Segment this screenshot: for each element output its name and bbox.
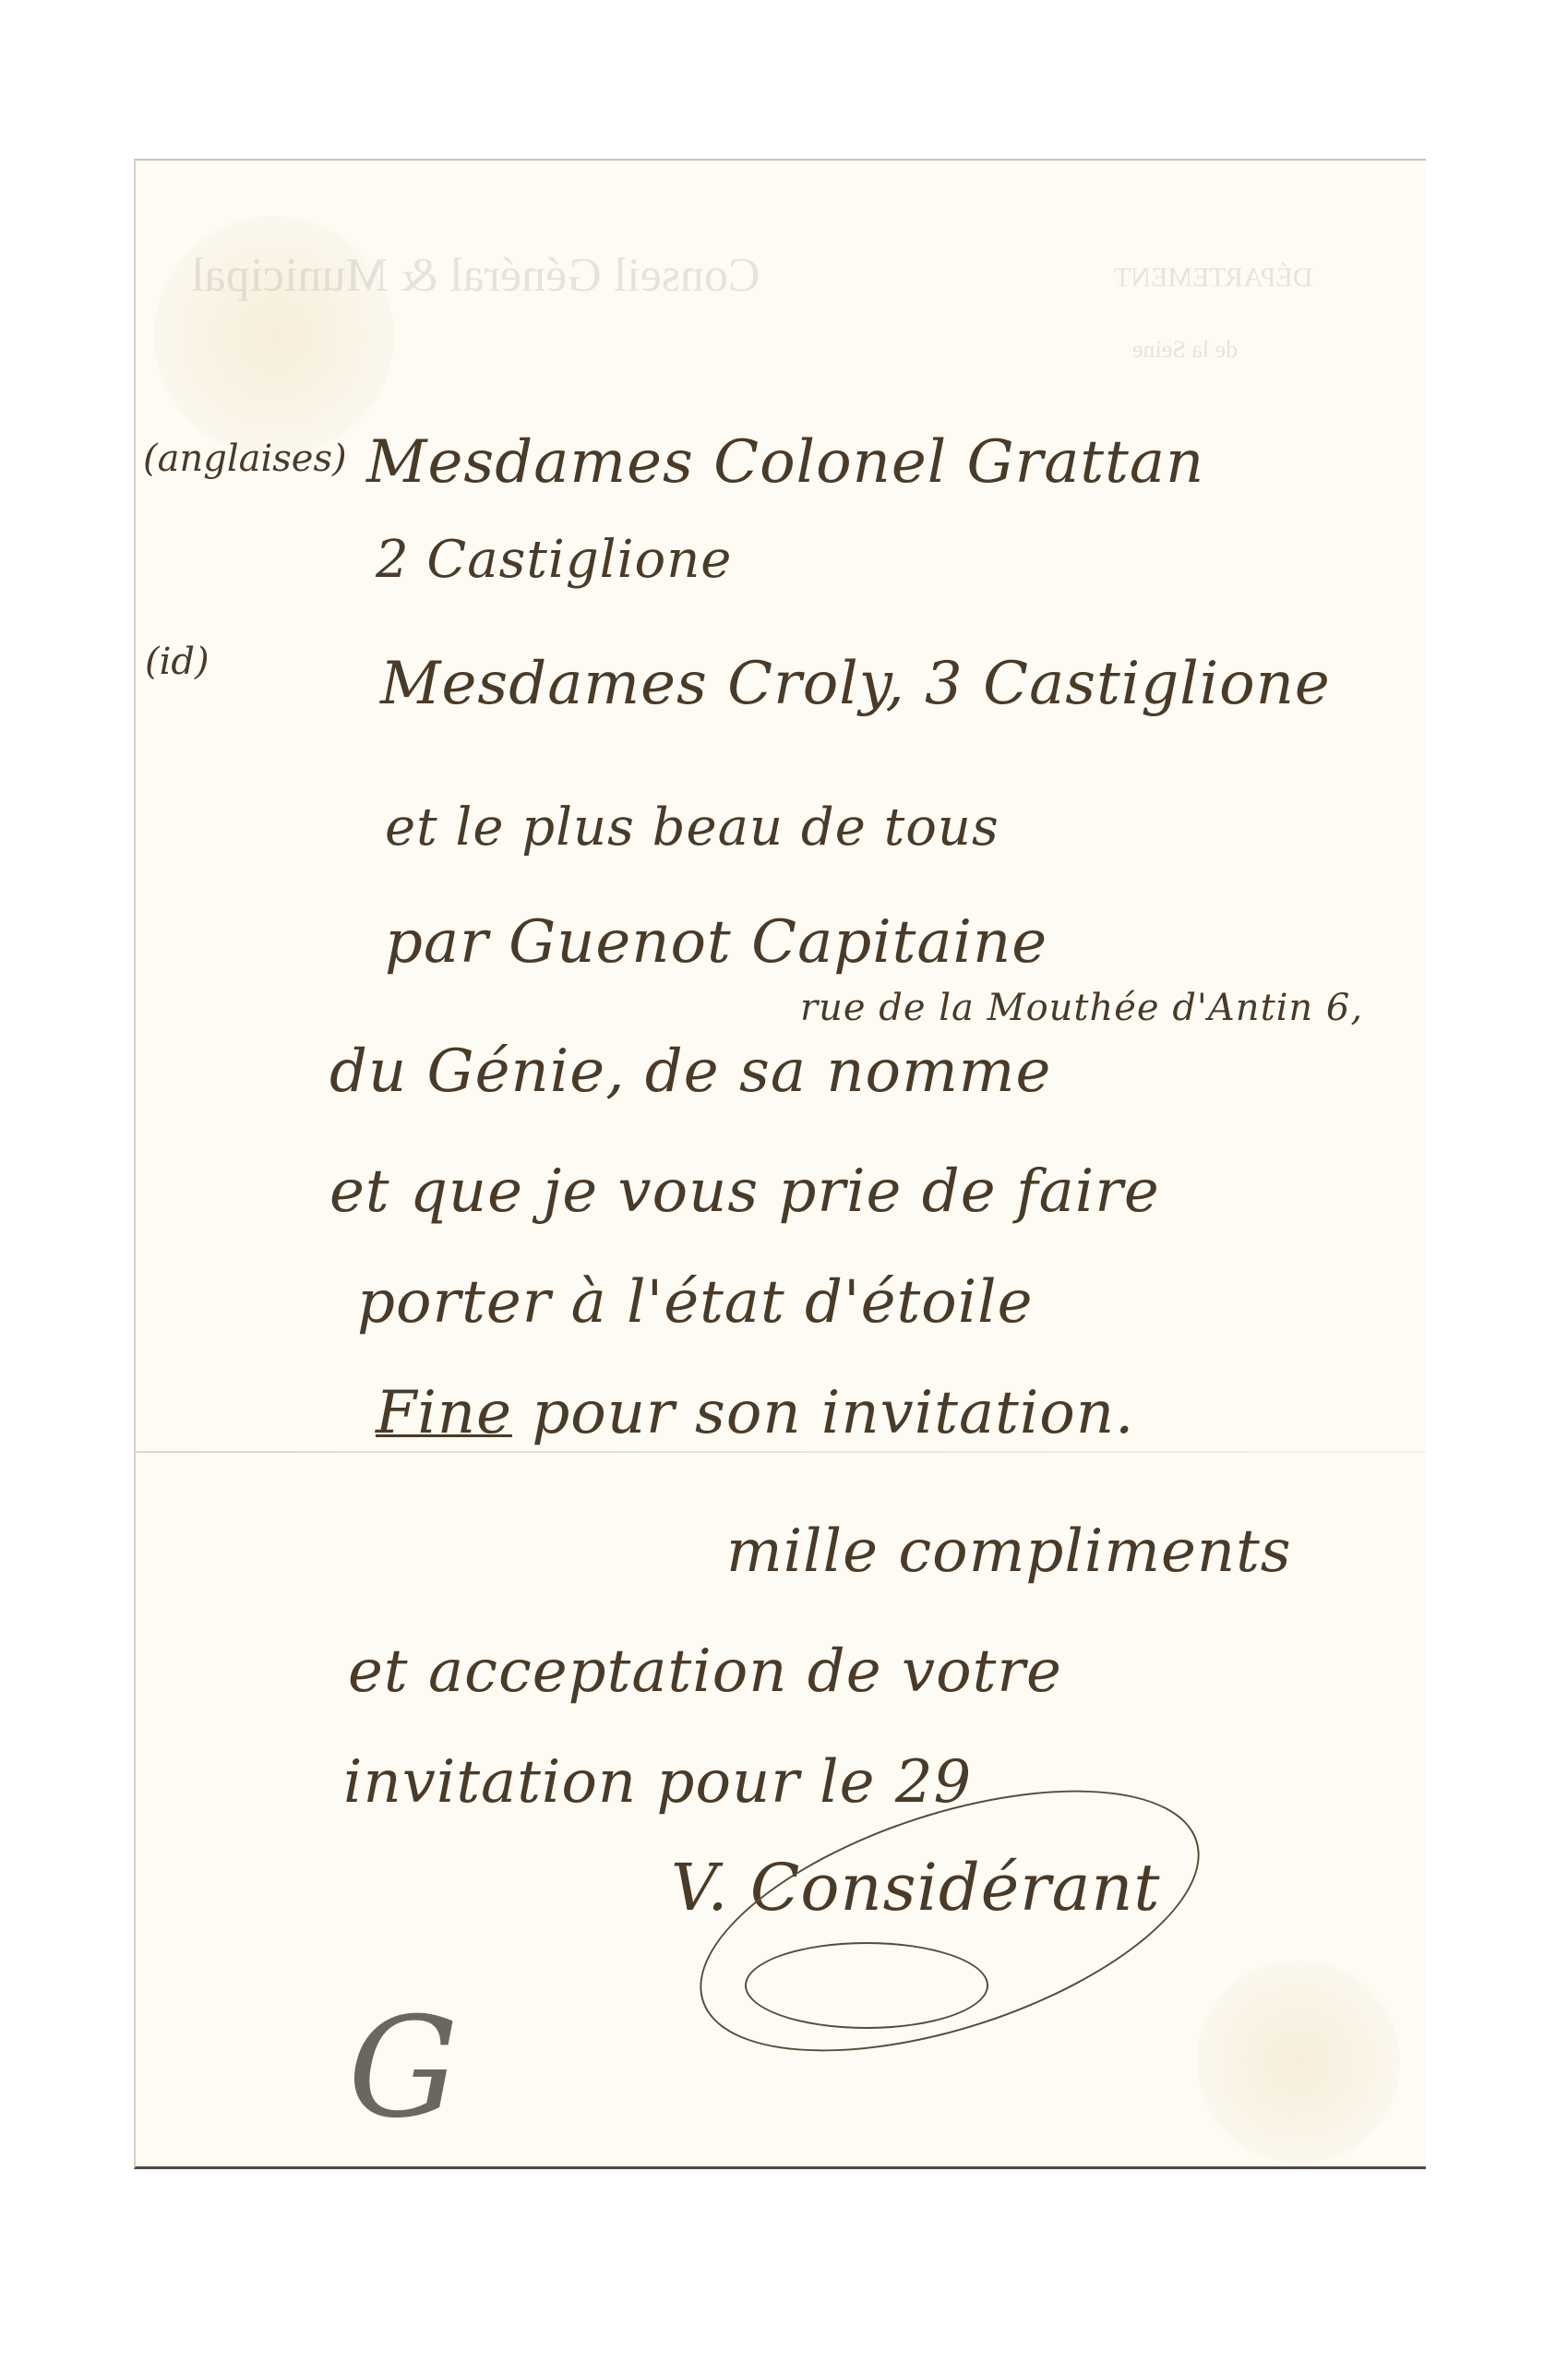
margin-note-anglaises: (anglaises) <box>143 438 347 480</box>
letterhead-bleedthrough-department: DÉPARTEMENT <box>1114 262 1312 294</box>
line-12: invitation pour le 29 <box>343 1748 972 1817</box>
line-11: et acceptation de votre <box>348 1637 1062 1706</box>
line-5: par Guenot Capitaine <box>385 908 1047 977</box>
line-10-closing: mille compliments <box>726 1517 1292 1586</box>
line-2-address: 2 Castiglione <box>376 530 732 590</box>
letter-sheet: Conseil Général & Municipal DÉPARTEMENT … <box>134 159 1426 2169</box>
underlined-word: Fine <box>376 1379 512 1447</box>
fold-line <box>136 1451 1426 1453</box>
margin-note-id: (id) <box>145 641 209 683</box>
line-9: Fine pour son invitation. <box>376 1379 1134 1447</box>
line-1-addressee: Mesdames Colonel Grattan <box>366 428 1204 497</box>
line-6: du Génie, de sa nomme <box>329 1038 1051 1106</box>
line-8: porter à l'état d'étoile <box>357 1268 1034 1337</box>
paper-stain <box>1197 1961 1400 2164</box>
pencil-mark: G <box>348 1988 459 2149</box>
letterhead-bleedthrough-main: Conseil Général & Municipal <box>191 248 760 303</box>
line-9-rest: pour son invitation. <box>532 1379 1134 1447</box>
signature-flourish-inner <box>745 1942 988 2029</box>
line-7: et que je vous prie de faire <box>329 1158 1160 1226</box>
line-5-insert: rue de la Mouthée d'Antin 6, <box>800 987 1363 1029</box>
line-3-addressee: Mesdames Croly, 3 Castiglione <box>380 650 1331 718</box>
line-4: et le plus beau de tous <box>385 798 999 858</box>
letterhead-bleedthrough-sub: de la Seine <box>1132 336 1238 364</box>
